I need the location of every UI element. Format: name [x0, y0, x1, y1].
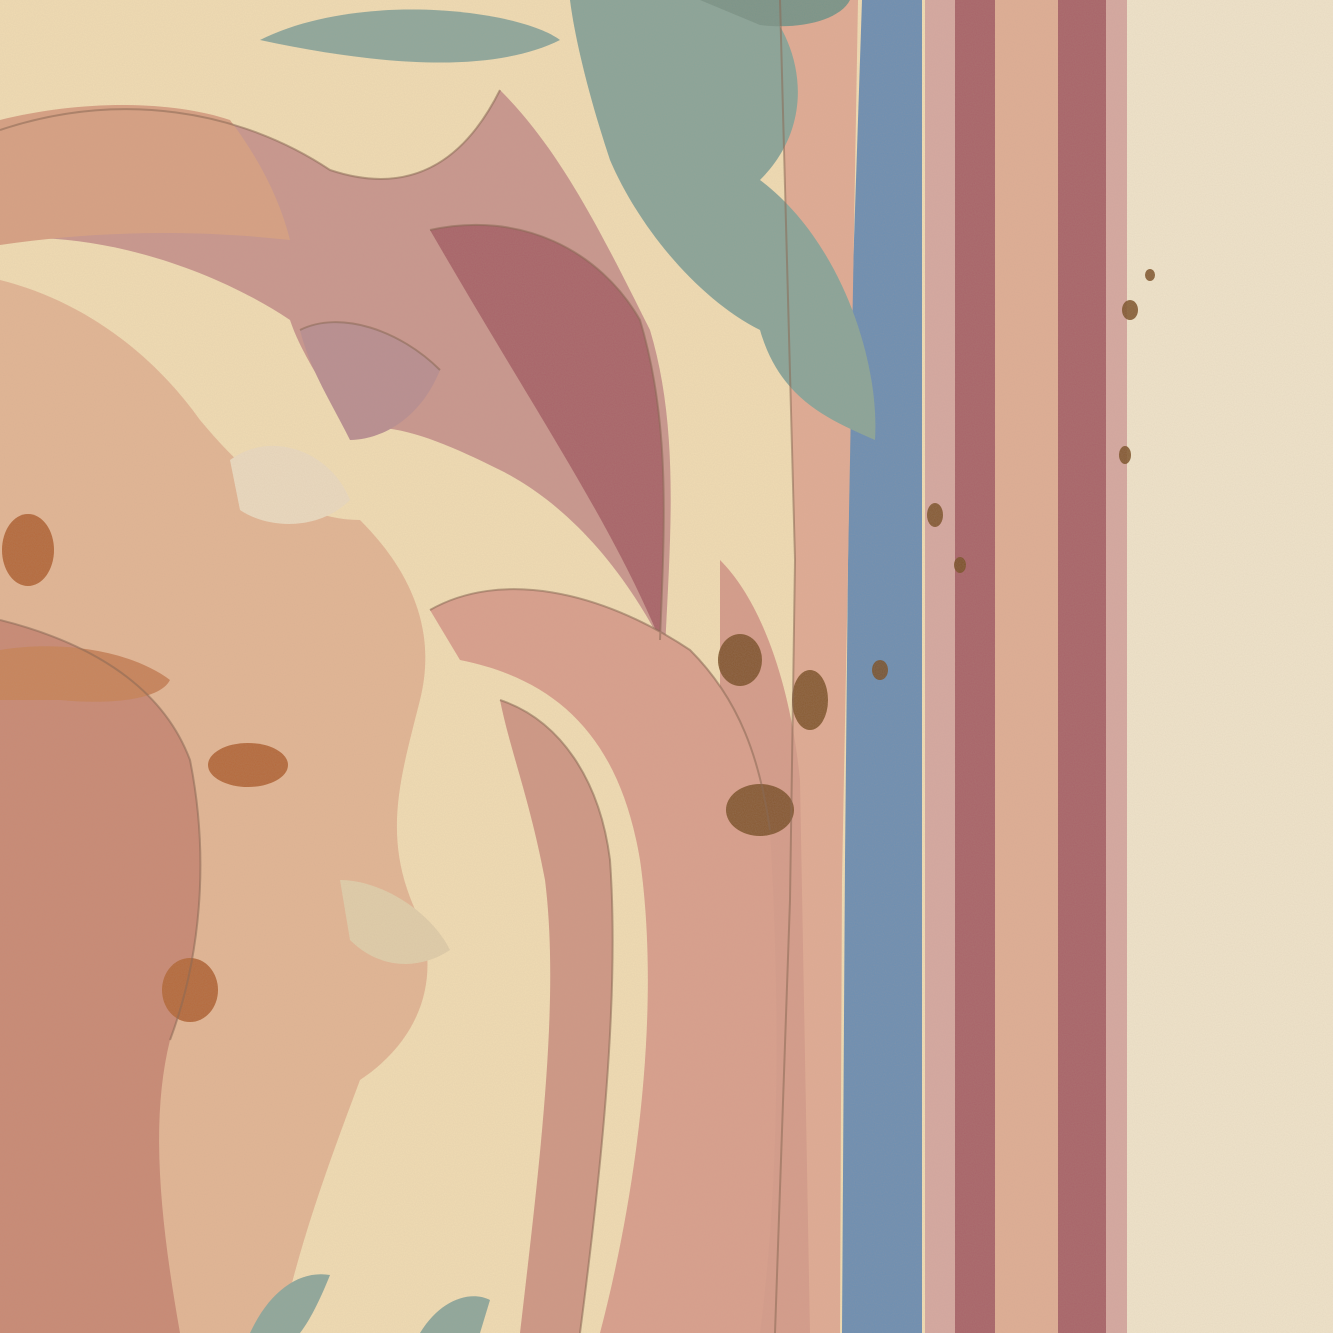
- carpet-photo: [0, 0, 1333, 1333]
- accent-rust-left: [2, 514, 54, 586]
- stripe-salmon: [995, 0, 1058, 1333]
- stripe-pink-outer: [1105, 0, 1127, 1333]
- carpet-illustration: [0, 0, 1333, 1333]
- stripe-brick-outer: [1058, 0, 1106, 1333]
- outer-border: [1125, 0, 1333, 1333]
- stripe-pink-inner: [925, 0, 955, 1333]
- stripe-brick-inner: [955, 0, 995, 1333]
- accent-rust-mid: [208, 743, 288, 787]
